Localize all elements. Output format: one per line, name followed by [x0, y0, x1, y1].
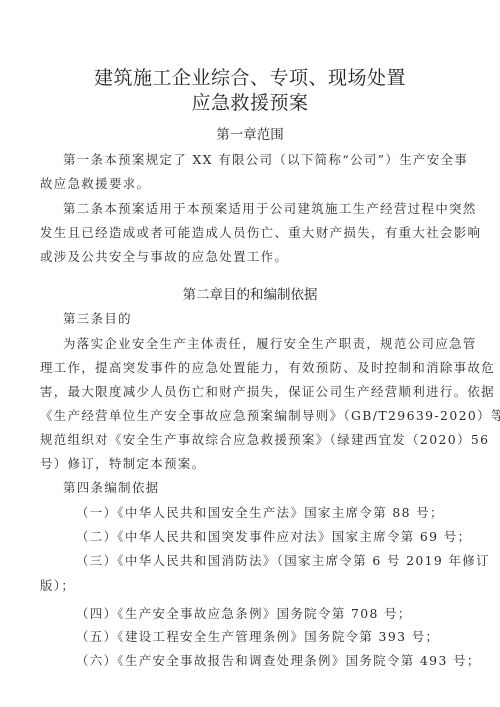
- article-4-title: 第四条编制依据: [63, 478, 160, 496]
- article-1-line-2: 故应急救援要求。: [40, 174, 150, 192]
- article-2-line-3: 或涉及公共安全与事故的应急处置工作。: [40, 247, 288, 265]
- article-3-title: 第三条目的: [63, 309, 132, 327]
- article-3-line-6: 号）修订，特制定本预案。: [40, 454, 206, 472]
- chapter-1-heading: 第一章范围: [0, 123, 500, 143]
- basis-item-2: （二）《中华人民共和国突发事件应对法》国家主席令第 69 号；: [76, 527, 471, 545]
- basis-item-3-cont: 版）；: [40, 576, 75, 594]
- article-3-line-2: 理工作，提高突发事件的应急处置能力，有效预防、及时控制和消除事故危: [40, 358, 495, 376]
- article-3-line-4: 《生产经营单位生产安全事故应急预案编制导则》（GB/T29639-2020）等: [40, 406, 500, 424]
- document-title-line-2: 应急救援预案: [0, 88, 500, 115]
- article-2-line-2: 发生且已经造成或者可能造成人员伤亡、重大财产损失，有重大社会影响: [40, 223, 481, 241]
- article-2-line-1: 第二条本预案适用于本预案适用于公司建筑施工生产经营过程中突然: [63, 199, 477, 217]
- article-3-line-5: 规范组织对《安全生产事故综合应急救援预案》（绿建西宜发（2020）56: [40, 430, 489, 448]
- basis-item-4: （四）《生产安全事故应急条例》国务院令第 708 号；: [76, 604, 412, 622]
- article-3-line-1: 为落实企业安全生产主体责任，履行安全生产职责，规范公司应急管: [63, 334, 477, 352]
- article-1-line-1: 第一条本预案规定了 XX 有限公司（以下简称“公司”）生产安全事: [63, 150, 468, 168]
- basis-item-5: （五）《建设工程安全生产管理条例》国务院令第 393 号；: [76, 627, 439, 645]
- basis-item-1: （一）《中华人民共和国安全生产法》国家主席令第 88 号；: [76, 503, 444, 521]
- article-3-line-3: 害，最大限度减少人员伤亡和财产损失，保证公司生产经营顺利进行。依据: [40, 382, 495, 400]
- document-title-line-1: 建筑施工企业综合、专项、现场处置: [0, 63, 500, 90]
- basis-item-3: （三）《中华人民共和国消防法》（国家主席令第 6 号 2019 年修订: [76, 551, 490, 569]
- basis-item-6: （六）《生产安全事故报告和调查处理条例》国务院令第 493 号；: [76, 651, 481, 669]
- chapter-2-heading: 第二章目的和编制依据: [0, 283, 500, 303]
